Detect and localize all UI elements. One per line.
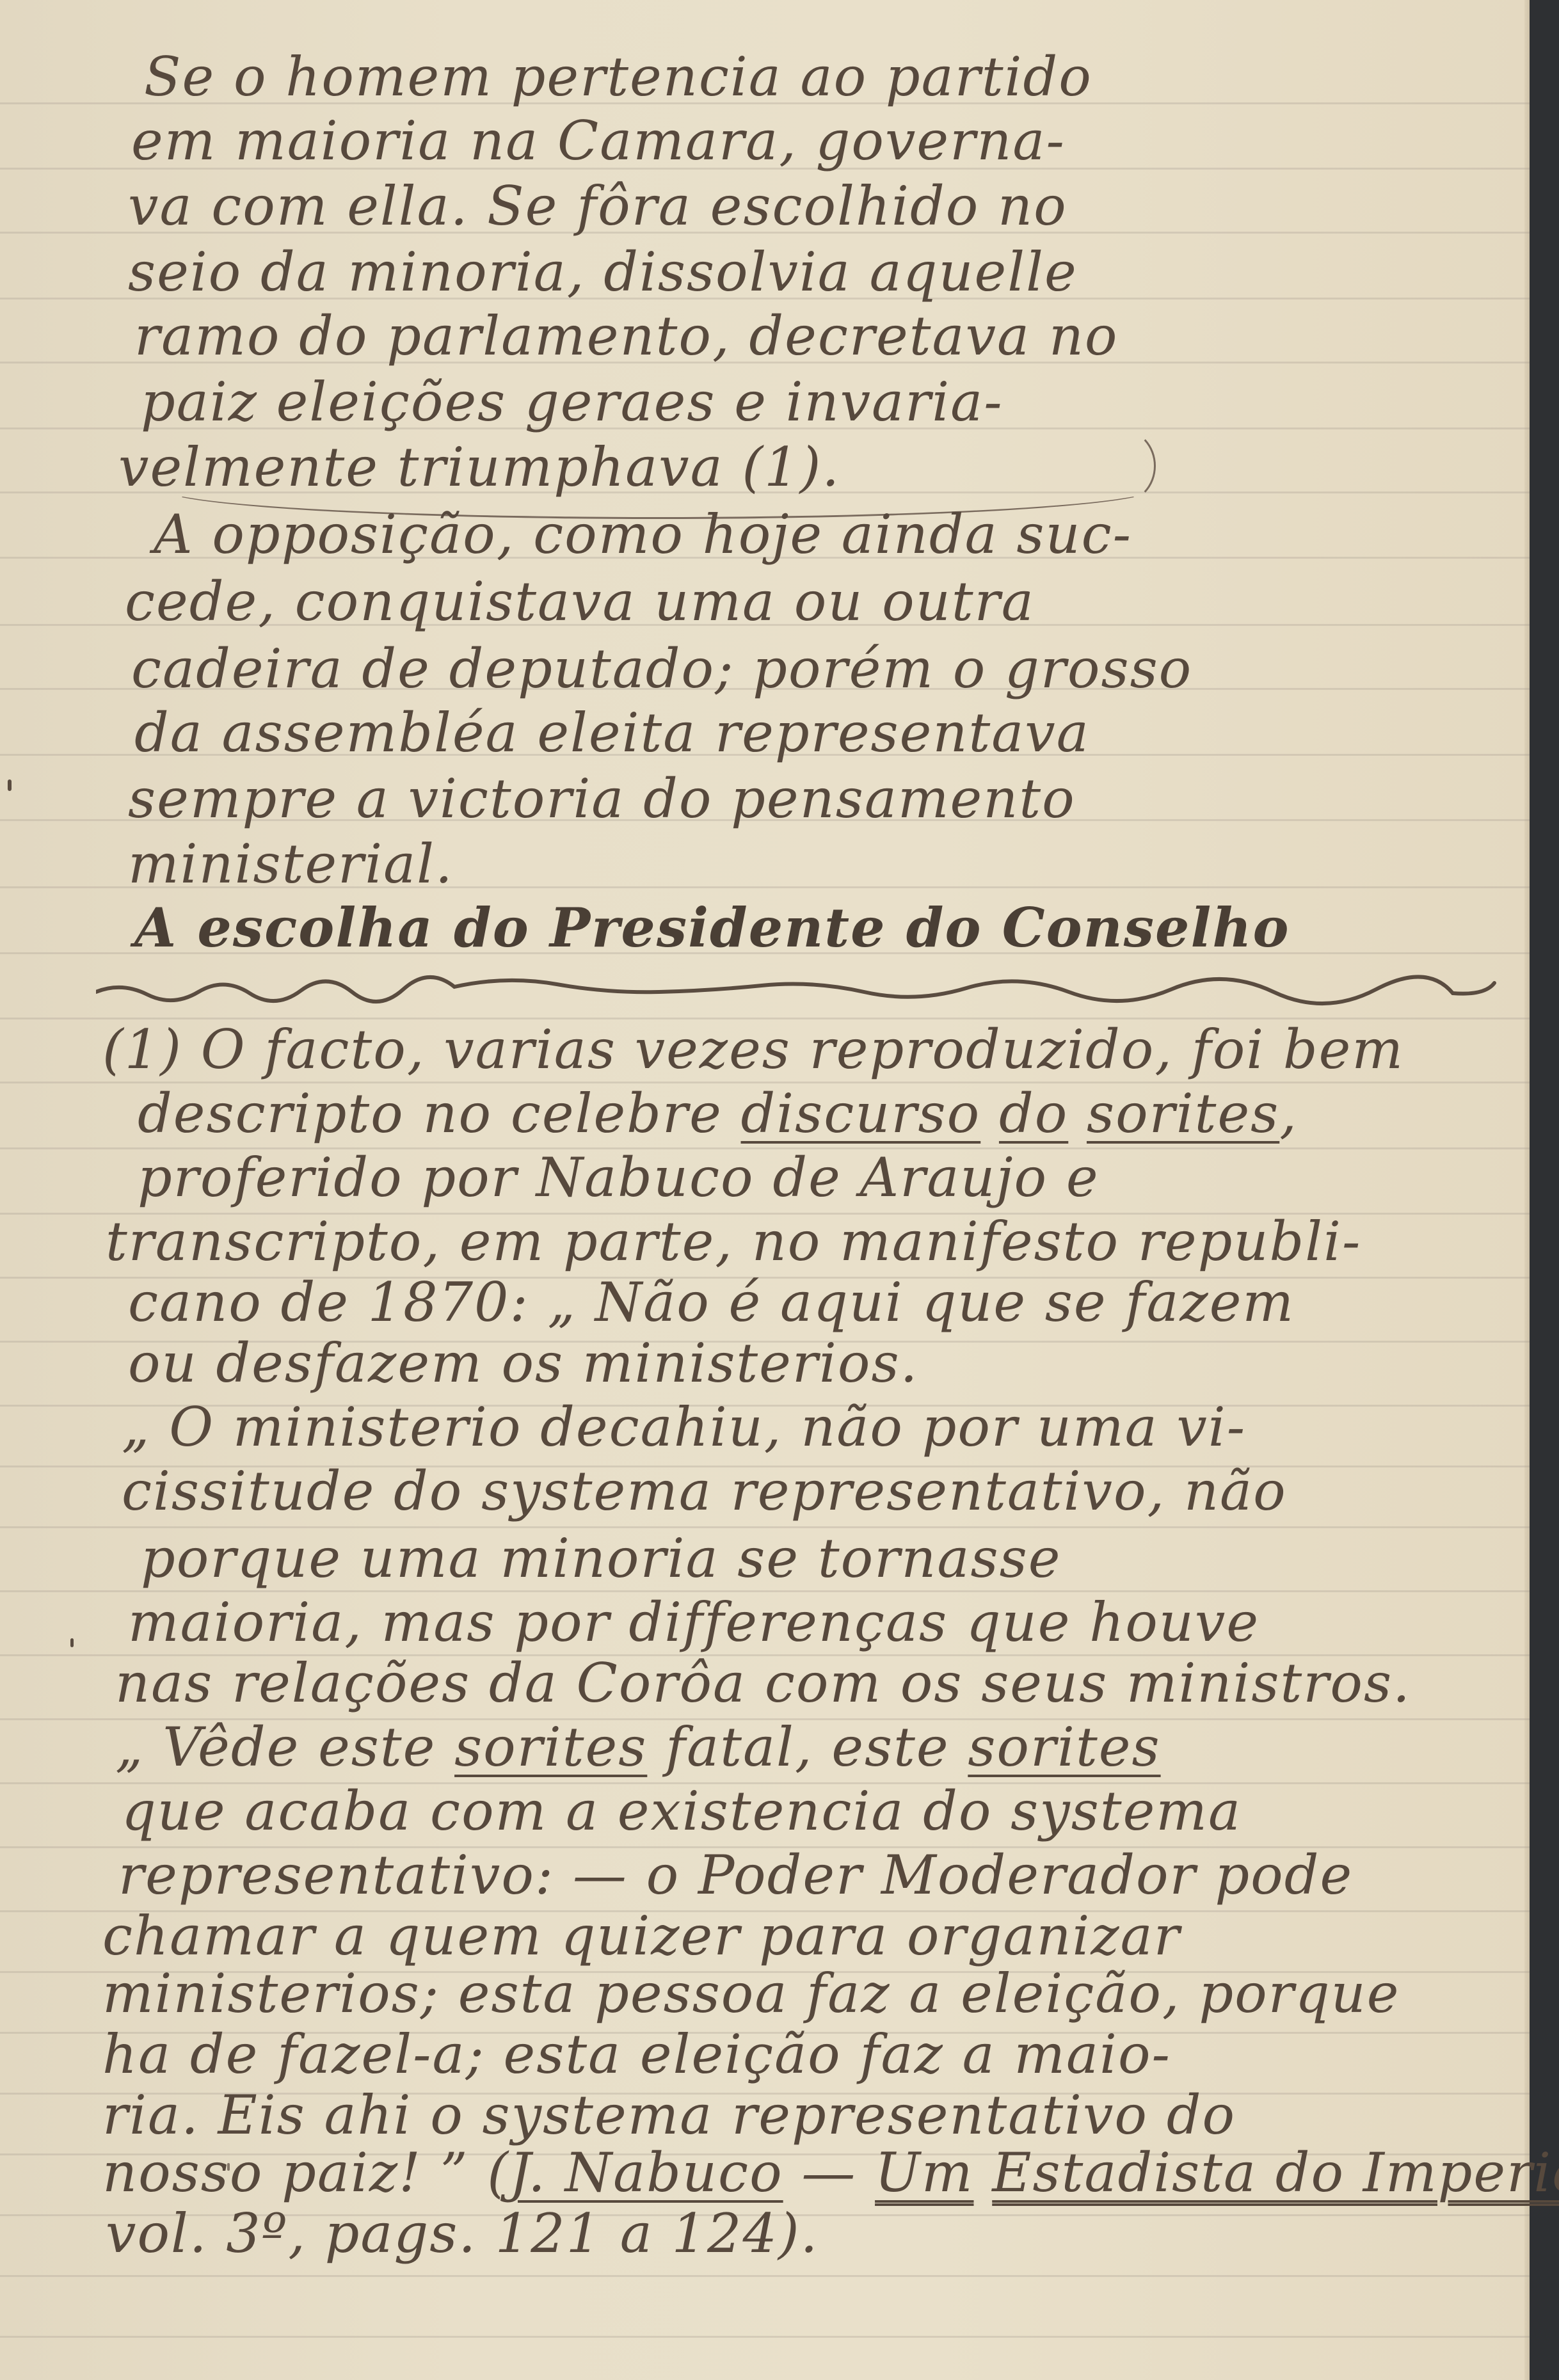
body-line: ramo do parlamento, decretava no xyxy=(134,304,1119,368)
underlined-term: sorites xyxy=(1087,1082,1279,1145)
footnote-line: maioria, mas por differenças que houve xyxy=(128,1590,1259,1654)
footnote-line: cano de 1870: „ Não é aqui que se fazem xyxy=(128,1270,1295,1334)
citation-title: Estadista do Imperio xyxy=(992,2141,1559,2204)
citation-title: Um xyxy=(875,2141,973,2204)
footnote-line: proferido por Nabuco de Araujo e xyxy=(138,1146,1099,1210)
underlined-term: sorites xyxy=(454,1716,647,1778)
footnote-line: ou desfazem os ministerios. xyxy=(128,1331,918,1395)
text-segment: fatal, este xyxy=(647,1716,968,1778)
text-segment xyxy=(974,2141,993,2204)
footnote-line: nosso paiz! ” (J. Nabuco — Um Estadista … xyxy=(102,2141,1559,2205)
body-line: A opposição, como hoje ainda suc- xyxy=(154,502,1132,566)
footnote-line: descripto no celebre discurso do sorites… xyxy=(138,1082,1298,1146)
ink-spot xyxy=(70,1638,74,1647)
footnote-line: (1) O facto, varias vezes reproduzido, f… xyxy=(102,1018,1404,1082)
footnote-line: ha de fazel-a; esta eleição faz a maio- xyxy=(102,2022,1171,2086)
body-line: seio da minoria, dissolvia aquelle xyxy=(128,240,1078,304)
footnote-line: „ Vêde este sorites fatal, este sorites xyxy=(115,1715,1161,1779)
citation-author: J. Nabuco xyxy=(509,2141,783,2204)
footnote-line: porque uma minoria se tornasse xyxy=(141,1526,1061,1590)
body-line: cede, conquistava uma ou outra xyxy=(125,570,1035,634)
footnote-line: transcripto, em parte, no manifesto repu… xyxy=(106,1210,1361,1274)
body-line: da assembléa eleita representava xyxy=(134,701,1090,765)
footnote-line: ministerios; esta pessoa faz a eleição, … xyxy=(102,1961,1400,2025)
text-segment: — xyxy=(783,2141,875,2204)
ink-spot xyxy=(227,2163,230,2171)
body-line: em maioria na Camara, governa- xyxy=(131,109,1066,173)
wavy-separator-line xyxy=(96,973,1498,1011)
section-heading: A escolha do Presidente do Conselho xyxy=(134,896,1290,960)
footnote-line: vol. 3º, pags. 121 a 124). xyxy=(106,2201,819,2265)
manuscript-page: Se o homem pertencia ao partido em maior… xyxy=(0,0,1530,2380)
text-segment: „ Vêde este xyxy=(115,1716,454,1778)
ink-spot xyxy=(8,779,12,791)
footnote-line: nas relações da Corôa com os seus minist… xyxy=(115,1651,1411,1715)
footnote-line: chamar a quem quizer para organizar xyxy=(102,1904,1181,1968)
body-line: sempre a victoria do pensamento xyxy=(128,767,1076,831)
body-line: va com ella. Se fôra escolhido no xyxy=(128,174,1067,238)
text-segment: descripto no celebre xyxy=(138,1082,741,1145)
body-line: cadeira de deputado; porém o grosso xyxy=(131,637,1192,701)
footnote-line: que acaba com a existencia do systema xyxy=(122,1779,1242,1843)
text-segment: nosso paiz! ” ( xyxy=(102,2141,509,2204)
body-line: paiz eleições geraes e invaria- xyxy=(141,370,1003,434)
underlined-term: do xyxy=(999,1082,1068,1145)
body-line: Se o homem pertencia ao partido xyxy=(144,45,1092,109)
text-segment xyxy=(1068,1082,1087,1145)
rule-line xyxy=(0,2275,1530,2277)
underlined-term: discurso xyxy=(741,1082,981,1145)
text-segment: , xyxy=(1279,1082,1298,1145)
footnote-line: representativo: — o Poder Moderador pode xyxy=(118,1843,1353,1907)
closing-bracket-mark xyxy=(1088,429,1156,503)
underlined-term: sorites xyxy=(968,1716,1160,1778)
text-segment xyxy=(980,1082,999,1145)
footnote-line: „ O ministerio decahiu, não por uma vi- xyxy=(122,1395,1246,1459)
footnote-line: ria. Eis ahi o systema representativo do xyxy=(102,2083,1236,2147)
footnote-line: cissitude do systema representativo, não xyxy=(122,1459,1287,1523)
body-line: ministerial. xyxy=(128,832,454,896)
rule-line xyxy=(0,2336,1530,2338)
